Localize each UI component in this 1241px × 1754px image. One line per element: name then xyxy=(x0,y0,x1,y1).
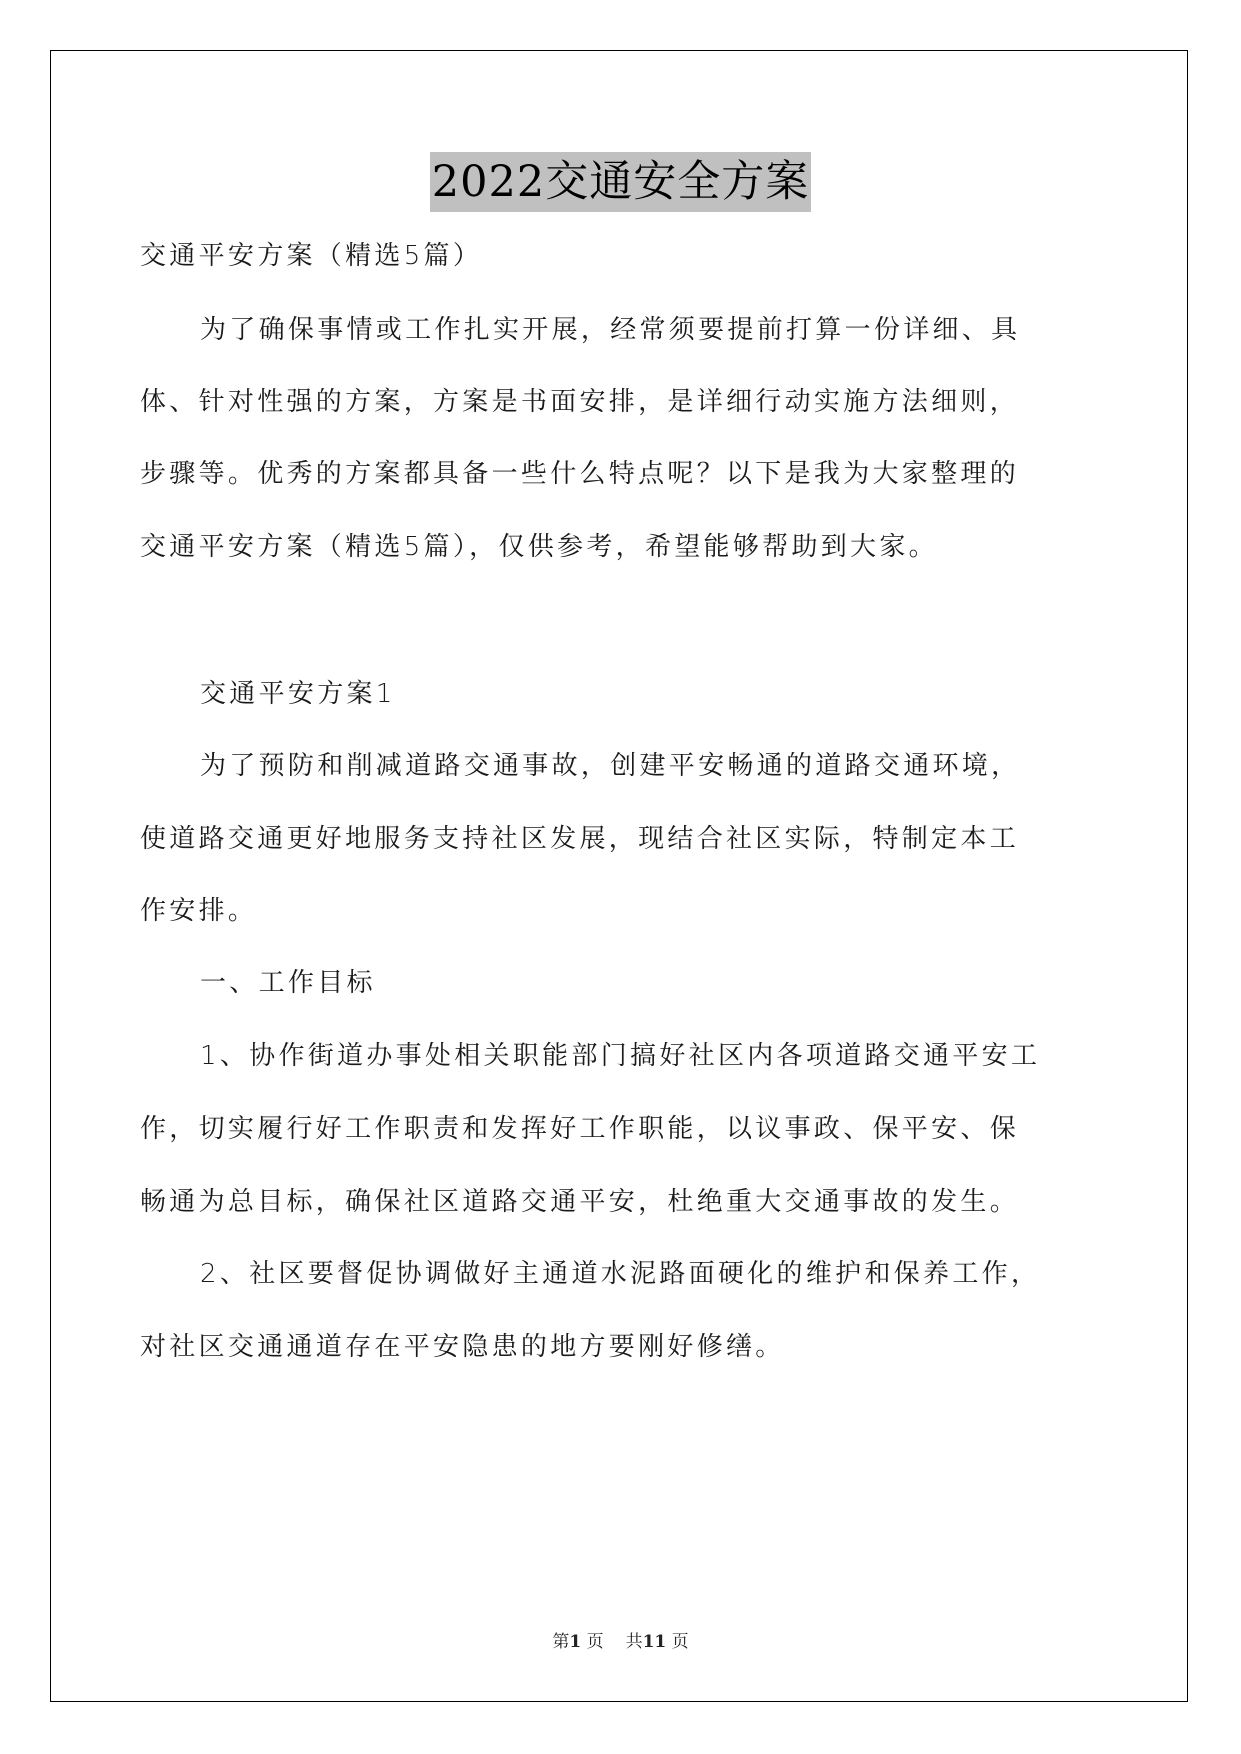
text-line: 作，切实履行好工作职责和发挥好工作职能，以议事政、保平安、保 xyxy=(140,1109,1100,1149)
total-prefix: 共 xyxy=(626,1632,643,1652)
text-line: 作安排。 xyxy=(140,891,1100,931)
text-line: 畅通为总目标，确保社区道路交通平安，杜绝重大交通事故的发生。 xyxy=(140,1182,1100,1222)
text-line: 交通平安方案（精选5篇），仅供参考，希望能够帮助到大家。 xyxy=(140,527,1100,567)
page-prefix: 第 xyxy=(552,1632,569,1652)
document-title: 2022交通安全方案 xyxy=(430,152,811,212)
text-line: 体、针对性强的方案，方案是书面安排，是详细行动实施方法细则， xyxy=(140,382,1100,422)
text-line: 步骤等。优秀的方案都具备一些什么特点呢？以下是我为大家整理的 xyxy=(140,454,1100,494)
title-container: 2022交通安全方案 xyxy=(0,152,1241,212)
total-pages-number: 11 xyxy=(643,1632,667,1652)
text-line: 交通平安方案（精选5篇） xyxy=(140,236,1100,276)
text-line: 为了确保事情或工作扎实开展，经常须要提前打算一份详细、具 xyxy=(140,310,1160,350)
page-border xyxy=(50,50,1188,1702)
page-suffix: 页 xyxy=(587,1632,604,1652)
total-suffix: 页 xyxy=(672,1632,689,1652)
text-line: 为了预防和削减道路交通事故，创建平安畅通的道路交通环境， xyxy=(140,746,1160,786)
text-line: 使道路交通更好地服务支持社区发展，现结合社区实际，特制定本工 xyxy=(140,819,1100,859)
current-page-number: 1 xyxy=(569,1632,581,1652)
text-line: 1、协作街道办事处相关职能部门搞好社区内各项道路交通平安工 xyxy=(140,1036,1160,1076)
page-footer: 第1 页共11 页 xyxy=(0,1630,1241,1654)
text-line: 交通平安方案1 xyxy=(140,674,1160,714)
text-line: 2、社区要督促协调做好主通道水泥路面硬化的维护和保养工作， xyxy=(140,1254,1160,1294)
text-line: 对社区交通通道存在平安隐患的地方要刚好修缮。 xyxy=(140,1327,1100,1367)
text-line: 一、工作目标 xyxy=(140,963,1160,1003)
